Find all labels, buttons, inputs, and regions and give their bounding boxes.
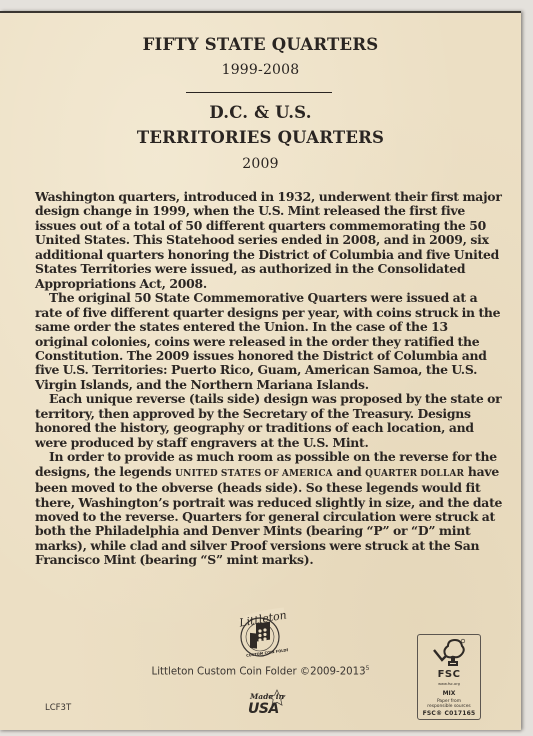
paragraph-4-and: and bbox=[333, 464, 365, 479]
title-fifty-state-quarters: FIFTY STATE QUARTERS bbox=[0, 35, 521, 54]
sku-code: LCF3T bbox=[45, 703, 71, 713]
fsc-license-code: FSC® C017165 bbox=[418, 710, 480, 717]
fsc-certification-badge: FSC www.fsc.org MIX Paper from responsib… bbox=[417, 634, 481, 720]
paragraph-2: The original 50 State Commemorative Quar… bbox=[35, 291, 503, 392]
paragraph-1: Washington quarters, introduced in 1932,… bbox=[35, 190, 503, 291]
fsc-tree-checkmark-icon bbox=[432, 638, 466, 668]
littleton-logo-icon: Littleton CUSTOM COIN FOLDER bbox=[232, 607, 288, 659]
title-year-2009: 2009 bbox=[0, 156, 521, 172]
svg-text:Made in: Made in bbox=[249, 692, 284, 701]
paragraph-4: In order to provide as much room as poss… bbox=[35, 450, 503, 568]
copyright-text: Littleton Custom Coin Folder ©2009-2013 bbox=[152, 666, 366, 677]
legend-quarter-dollar: Quarter Dollar bbox=[365, 469, 464, 479]
fsc-description-line-2: responsible sources bbox=[418, 704, 480, 709]
title-years-1999-2008: 1999-2008 bbox=[0, 62, 521, 78]
title-dc-us: D.C. & U.S. bbox=[0, 103, 521, 122]
scanned-document: FIFTY STATE QUARTERS 1999-2008 D.C. & U.… bbox=[0, 0, 533, 736]
paragraph-3: Each unique reverse (tails side) design … bbox=[35, 392, 503, 450]
copyright-superscript: 5 bbox=[366, 665, 370, 672]
fsc-name: FSC bbox=[418, 669, 480, 680]
fsc-url: www.fsc.org bbox=[418, 682, 480, 686]
title-divider bbox=[186, 92, 332, 93]
made-in-usa-icon: Made in USA bbox=[246, 688, 288, 716]
fsc-type: MIX bbox=[418, 690, 480, 697]
description-body: Washington quarters, introduced in 1932,… bbox=[35, 190, 503, 568]
svg-text:USA: USA bbox=[248, 701, 279, 716]
folder-back-page: FIFTY STATE QUARTERS 1999-2008 D.C. & U.… bbox=[0, 11, 521, 730]
paragraph-4-part-2: have been moved to the obverse (heads si… bbox=[35, 464, 502, 568]
legend-united-states-of-america: United States of America bbox=[175, 469, 333, 479]
fsc-description: Paper from responsible sources bbox=[418, 699, 480, 709]
title-territories-quarters: TERRITORIES QUARTERS bbox=[0, 128, 521, 147]
